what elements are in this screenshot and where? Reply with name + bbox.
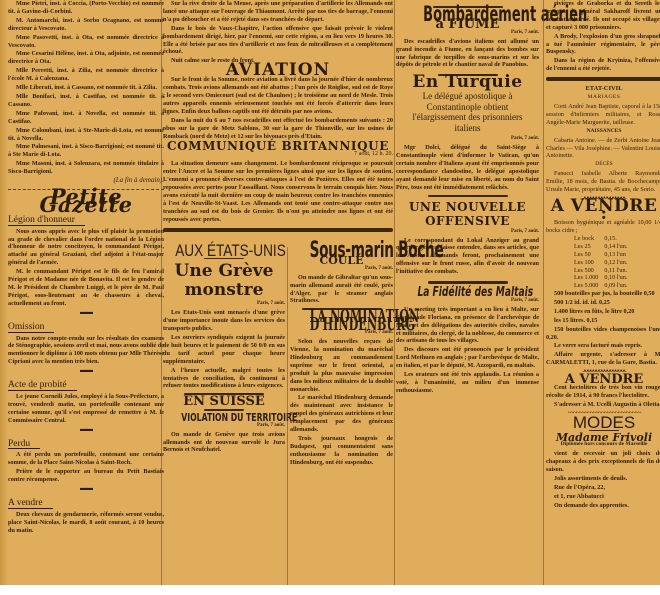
petite-gazette-heading: Petite Gazette — [8, 189, 164, 209]
gazette-sections: Légion d'honneurNous avons appris avec l… — [8, 211, 164, 535]
ornament: ▬▬ — [8, 426, 164, 434]
paragraph: rivières de Graborka et du Sereth les tr… — [546, 0, 660, 32]
nominations-list: Mme Pietri, inst. à Coccia, (Porto-Vecch… — [8, 0, 164, 176]
ornament: ▬▬ — [8, 309, 164, 317]
paragraph: Trois journaux hongrois de Budapest, qui… — [290, 435, 393, 467]
column-3: Bombardement aérien à FIUME Paris, 7 aoû… — [396, 0, 539, 396]
aviation-report: Sur le front de la Somme, notre aviation… — [163, 76, 393, 140]
paragraph: La situation demeure sans changement. Le… — [163, 160, 393, 223]
price-table: Le bock0,15.Les 250,14 l'un.Les 500,13 l… — [574, 235, 633, 290]
paragraph: 1.400 litres en fûts, le litre 0,20 — [546, 308, 660, 316]
paragraph: Mme Masoni, inst. à Solenzara, est nommé… — [8, 160, 164, 176]
column-rule — [543, 0, 544, 585]
paragraph: Un meeting très important a eu lieu à Ma… — [396, 306, 539, 346]
paragraph: Sur le front de la Somme, notre aviation… — [163, 76, 393, 116]
mariages-text: Corti André Jean Baptiste, caporal à la … — [546, 103, 660, 127]
paragraph: M. le commandant Périgot est le fils de … — [8, 268, 164, 308]
modes-advert: vient de recevoir un joli choix de chape… — [546, 450, 660, 509]
fiume-article: Des escadrilles d'avions italiens ont al… — [396, 38, 539, 70]
paragraph: Les ouvriers syndiqués exigent la journé… — [163, 334, 285, 366]
mariages-label: MARIAGES — [546, 94, 660, 102]
british-communique: La situation demeure sans changement. Le… — [163, 160, 393, 223]
modes-shop-name: Madame Frivoli — [546, 434, 660, 442]
sousmarin-article: On mande de Gibraltar qu'un sous-marin a… — [290, 274, 393, 306]
russian-front-report: rivières de Graborka et du Sereth les tr… — [546, 0, 660, 73]
turquie-subheadline: Le délégué apostolique à Constantinople … — [402, 91, 533, 133]
column-rule — [287, 247, 288, 585]
column-1: Mme Pietri, inst. à Coccia, (Porto-Vecch… — [8, 0, 164, 536]
paragraph: Les orateurs ont été très applaudis. La … — [396, 371, 539, 395]
divider — [428, 281, 508, 284]
column-rule — [394, 0, 395, 585]
a-vendre-heading-2: A VENDRE — [546, 376, 660, 384]
paragraph: 150 bouteilles vides champenoises l'une … — [546, 326, 660, 342]
turquie-headline: En Turquie — [396, 79, 539, 87]
communique-britannique-heading: COMMUNIQUÉ BRITANNIQUE — [163, 143, 393, 151]
price-row: Les 5000,11 l'un. — [574, 267, 633, 275]
turquie-dateline: Paris, 7 août. — [396, 135, 539, 143]
section-rule — [546, 77, 660, 81]
usa-suisse-column: AUX ÉTATS-UNIS Une Grève monstre Paris, … — [163, 247, 285, 455]
naissances-label: NAISSANCES — [546, 128, 660, 136]
paragraph: vient de recevoir un joli choix de chape… — [546, 450, 660, 474]
paragraph: Jolis assortiments de deuils. — [546, 475, 660, 483]
paragraph: Les Etats-Unis sont menacés d'une grève … — [163, 309, 285, 333]
paragraph: Mme Pasovetti, inst. à Ota, est nommée d… — [8, 34, 164, 50]
section-rule — [163, 228, 393, 232]
usa-dateline: Paris, 7 août. — [163, 300, 285, 308]
paragraph: Dans le bois de Vaux-Chapitre, l'action … — [163, 25, 393, 57]
turquie-article: Mgr Dolci, délégué du Saint-Siège à Cons… — [396, 144, 539, 191]
malte-headline: La Fidélité des Maltais — [417, 289, 517, 297]
price-row: Les 1.0000,10 l'un. — [574, 274, 633, 282]
paragraph: Le correspondant du Lokal Anzeiger au gr… — [396, 237, 539, 277]
gazette-subheading: Omission — [8, 324, 54, 333]
paragraph: Des discours ont été prononcés par le pr… — [396, 346, 539, 370]
paragraph: A Brody, l'explosion d'un gros shrapnell… — [546, 33, 660, 57]
paragraph: Mlle Bonifaci, inst. à Castifao, est nom… — [8, 93, 164, 109]
paragraph: A été perdu un portefeuille, contenant u… — [8, 451, 164, 467]
paragraph: Nous avons appris avec le plus vif plais… — [8, 228, 164, 268]
page-binding-edge — [0, 0, 7, 585]
usa-kicker: AUX ÉTATS-UNIS — [175, 247, 273, 255]
malte-article: Un meeting très important a eu lieu à Ma… — [396, 306, 539, 395]
column-4: rivières de Graborka et du Sereth les tr… — [546, 0, 660, 511]
deces-label: DÉCÈS — [546, 161, 660, 169]
suisse-article: On mande de Genève que trois avions alle… — [163, 431, 285, 455]
paragraph: Le jeune Corneili Jules, employé à la So… — [8, 393, 164, 425]
price-row: Les 500,13 l'un — [574, 251, 633, 259]
offensive-headline: UNE NOUVELLE OFFENSIVE — [396, 200, 539, 228]
paragraph: Mlle Liberati, inst. à Cassano, est nomm… — [8, 84, 164, 92]
paragraph: Mme Pietri, inst. à Coccia, (Porto-Vecch… — [8, 0, 164, 16]
paragraph: M. Antomarchi, inst. à Sorbo Ocagnano, e… — [8, 17, 164, 33]
cidre-details: 500 bouteilles par jus, la bouteille 0,5… — [546, 290, 660, 367]
paragraph: et 1, rue Abbatucci — [546, 493, 660, 501]
paragraph: Rue de l'Opéra, 22, — [546, 484, 660, 492]
paragraph: On mande de Gibraltar qu'un sous-marin a… — [290, 274, 393, 306]
modes-tagline: Diplômée hors concours de Marseille — [546, 441, 660, 449]
ornament: ▬▬ — [8, 485, 164, 493]
paragraph: Mme Cesarini Hélène, inst. à Ota, adjoin… — [8, 50, 164, 66]
divider — [428, 195, 508, 197]
hindenburg-article: Selon des nouvelles reçues de Vienne, la… — [290, 338, 393, 467]
price-row: Les 1000,12 l'un. — [574, 259, 633, 267]
paragraph: Dans notre compte-rendu sur les résultat… — [8, 335, 164, 367]
gazette-subheading: Légion d'honneur — [8, 217, 85, 226]
paragraph: Dans la nuit du 6 au 7 nos escadrilles o… — [163, 117, 393, 141]
gazette-subheading: Perdu — [8, 441, 40, 450]
gazette-subheading: Acte de probité — [8, 382, 77, 391]
paragraph: 500 bouteilles par jus, la bouteille 0,5… — [546, 290, 660, 298]
paragraph: A l'heure actuelle, malgré toutes les te… — [163, 367, 285, 391]
paragraph: les 15 litres. 0,15 — [546, 317, 660, 325]
column-rule — [161, 0, 162, 585]
modes-heading: MODES — [546, 419, 660, 427]
meuse-report: Sur la rive droite de la Meuse, après un… — [163, 0, 393, 65]
price-row: Les 250,14 l'un. — [574, 243, 633, 251]
paragraph: On mande de Genève que trois avions alle… — [163, 431, 285, 455]
paragraph: Mme Colombani, inst. à Ste-Marie-di-Lota… — [8, 127, 164, 143]
suisse-headline: VIOLATION DU TERRITOIRE — [181, 414, 266, 422]
paragraph: Sur la rive droite de la Meuse, après un… — [163, 0, 393, 24]
hindenburg-headline-2: D'HINDENBURG — [310, 321, 374, 329]
paragraph: Le maréchal Hindenburg demande dès maint… — [290, 394, 393, 434]
price-row: Les 5.0000,09 l'un. — [574, 282, 633, 290]
paragraph: Mme Palmesani, inst. à Sisco-Barrigioni;… — [8, 143, 164, 159]
suisse-kicker: EN SUISSE — [163, 398, 285, 406]
sousmarin-hindenburg-column: Sous-marin Boche COULÉ Paris, 7 août. On… — [290, 247, 393, 468]
ornament: ▬▬ — [8, 367, 164, 375]
paragraph: Selon des nouvelles reçues de Vienne, la… — [290, 338, 393, 393]
etat-civil-heading: ETAT-CIVIL — [546, 85, 660, 93]
aviation-heading: AVIATION — [163, 67, 393, 75]
newspaper-page: Mme Pietri, inst. à Coccia, (Porto-Vecch… — [0, 0, 660, 585]
paragraph: Affaire urgente, s'adresser à M. CARMALE… — [546, 351, 660, 367]
paragraph: Le verre sera facturé mais repris. — [546, 342, 660, 350]
usa-article: Les Etats-Unis sont menacés d'une grève … — [163, 309, 285, 390]
usa-headline: Une Grève monstre — [163, 262, 285, 300]
paragraph: Prière de le rapporter au bureau du Peti… — [8, 468, 164, 484]
naissances-text: Cabarta Antoine. — de Zerbi Antoine Jean… — [546, 137, 660, 161]
paragraph: Mme Pafovani, inst. à Novella, est nommé… — [8, 110, 164, 126]
gazette-subheading: A vendre — [8, 500, 53, 509]
vin-advert: Cent hectolitres de très bon vin rouge, … — [546, 384, 660, 409]
sousmarin-headline: Sous-marin Boche — [310, 247, 374, 255]
deces-text: Fanucci Isabelle Alberte Raymonde Emilie… — [546, 170, 660, 194]
paragraph: Mgr Dolci, délégué du Saint-Siège à Cons… — [396, 144, 539, 191]
price-row: Le bock0,15. — [574, 235, 633, 243]
paragraph: 500 1/2 id. id. id. 0,25 — [546, 299, 660, 307]
column-2: Sur la rive droite de la Meuse, après un… — [163, 0, 393, 236]
paragraph: Deux chevaux de gendarmerie, réformés se… — [8, 511, 164, 535]
paragraph: S'adresser à M. Ucelli Augustin à Oletta… — [546, 401, 660, 409]
a-vendre-heading-1: A VENDRE : — [546, 203, 660, 219]
offensive-article: Le correspondant du Lokal Anzeiger au gr… — [396, 237, 539, 277]
paragraph: Mlle Perretti, inst. à Zilia, est nommée… — [8, 67, 164, 83]
paragraph: On demande des apprenties. — [546, 502, 660, 510]
paragraph: Dans la région de Kryiniza, l'offensive … — [546, 57, 660, 73]
paragraph: Des escadrilles d'avions italiens ont al… — [396, 38, 539, 70]
offensive-dateline: Paris, 7 août. — [396, 228, 539, 236]
cidre-intro: Boisson hygiénique et agréable 10,00 1/4… — [546, 219, 660, 235]
fiume-headline: Bombardement aérien — [423, 11, 512, 19]
paragraph: Cent hectolitres de très bon vin rouge, … — [546, 384, 660, 400]
